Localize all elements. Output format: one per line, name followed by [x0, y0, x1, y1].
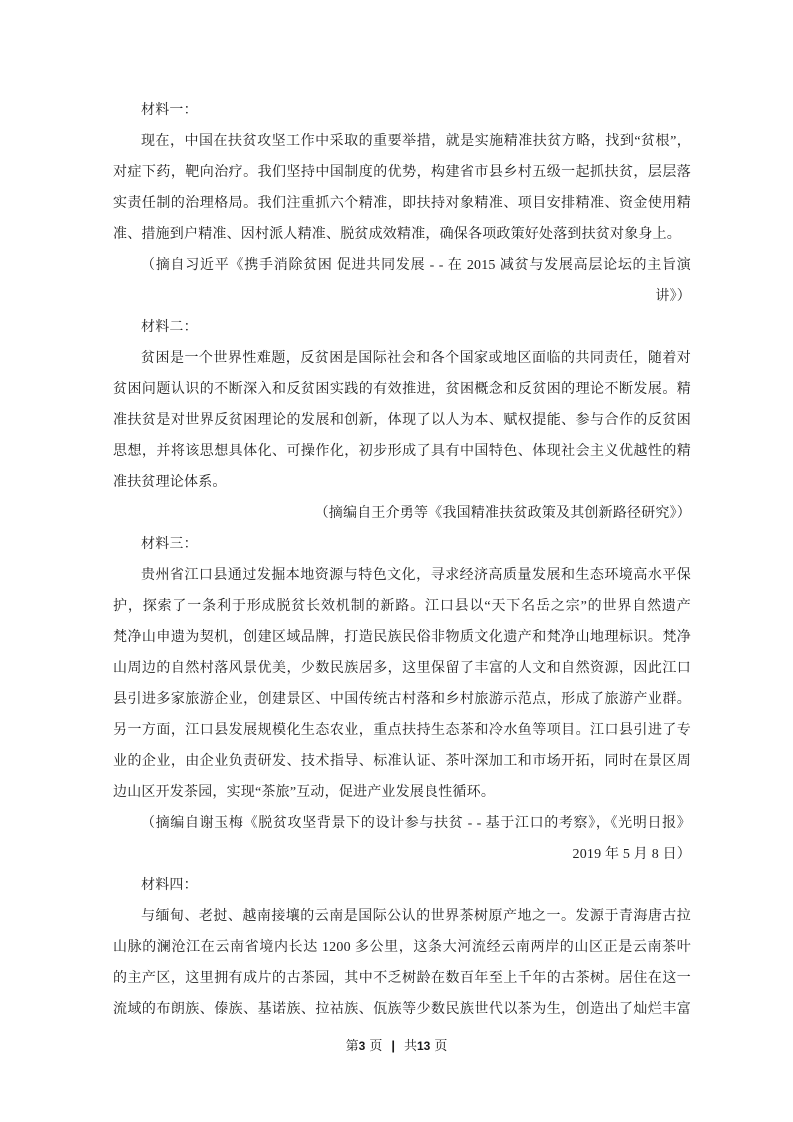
page-footer: 第3页|共13页: [0, 1036, 793, 1056]
material-2-heading: 材料二：: [113, 312, 691, 343]
material-4-heading: 材料四：: [113, 870, 691, 901]
material-3-paragraph: 贵州省江口县通过发掘本地资源与特色文化，寻求经济高质量发展和生态环境高水平保护，…: [113, 560, 691, 808]
text-line: 对症下药，靶向治疗。我们坚持中国制度的优势，构建省市县乡村五级一起抓扶贫，层层落: [113, 157, 691, 188]
text-line: 思想，并将该思想具体化、可操作化，初步形成了具有中国特色、体现社会主义优越性的精: [113, 436, 691, 467]
footer-separator: |: [391, 1038, 395, 1053]
text-line: 山周边的自然村落风景优美，少数民族居多，这里保留了丰富的人文和自然资源，因此江口: [113, 653, 691, 684]
text-line: 材料一：: [113, 95, 691, 126]
material-1-paragraph: 现在，中国在扶贫攻坚工作中采取的重要举措，就是实施精准扶贫方略，找到“贫根”，对…: [113, 126, 691, 250]
text-line: 县引进多家旅游企业，创建景区、中国传统古村落和乡村旅游示范点，形成了旅游产业群。: [113, 684, 691, 715]
text-line: 讲》）: [113, 281, 691, 312]
material-1-heading: 材料一：: [113, 95, 691, 126]
text-line: 流域的布朗族、傣族、基诺族、拉祜族、佤族等少数民族世代以茶为生，创造出了灿烂丰富: [113, 994, 691, 1025]
footer-page-unit: 页: [369, 1038, 382, 1053]
text-line: （摘编自谢玉梅《脱贫攻坚背景下的设计参与扶贫 - - 基于江口的考察》，《光明日…: [113, 808, 691, 839]
text-line: （摘自习近平《携手消除贫困 促进共同发展 - - 在 2015 减贫与发展高层论…: [113, 250, 691, 281]
text-line: 实责任制的治理格局。我们注重抓六个精准，即扶持对象精准、项目安排精准、资金使用精: [113, 188, 691, 219]
material-4-paragraph: 与缅甸、老挝、越南接壤的云南是国际公认的世界茶树原产地之一。发源于青海唐古拉山脉…: [113, 901, 691, 1025]
footer-current-page: 3: [359, 1039, 366, 1053]
text-line: 现在，中国在扶贫攻坚工作中采取的重要举措，就是实施精准扶贫方略，找到“贫根”，: [113, 126, 691, 157]
text-line: 贵州省江口县通过发掘本地资源与特色文化，寻求经济高质量发展和生态环境高水平保: [113, 560, 691, 591]
text-line: 梵净山申遗为契机，创建区域品牌，打造民族民俗非物质文化遗产和梵净山地理标识。梵净: [113, 622, 691, 653]
text-line: 业的企业，由企业负责研发、技术指导、标准认证、茶叶深加工和市场开拓，同时在景区周: [113, 746, 691, 777]
footer-page-prefix: 第: [346, 1038, 359, 1053]
document-body: 材料一：现在，中国在扶贫攻坚工作中采取的重要举措，就是实施精准扶贫方略，找到“贫…: [113, 95, 691, 1025]
text-line: 山脉的澜沧江在云南省境内长达 1200 多公里，这条大河流经云南两岸的山区正是云…: [113, 932, 691, 963]
text-line: 准、措施到户精准、因村派人精准、脱贫成效精准，确保各项政策好处落到扶贫对象身上。: [113, 219, 691, 250]
material-3-heading: 材料三：: [113, 529, 691, 560]
text-line: 贫困问题认识的不断深入和反贫困实践的有效推进，贫困概念和反贫困的理论不断发展。精: [113, 374, 691, 405]
text-line: 2019 年 5 月 8 日）: [113, 839, 691, 870]
text-line: 与缅甸、老挝、越南接壤的云南是国际公认的世界茶树原产地之一。发源于青海唐古拉: [113, 901, 691, 932]
text-line: 贫困是一个世界性难题，反贫困是国际社会和各个国家或地区面临的共同责任，随着对: [113, 343, 691, 374]
text-line: 材料二：: [113, 312, 691, 343]
material-2-paragraph: 贫困是一个世界性难题，反贫困是国际社会和各个国家或地区面临的共同责任，随着对贫困…: [113, 343, 691, 498]
text-line: 另一方面，江口县发展规模化生态农业，重点扶持生态茶和冷水鱼等项目。江口县引进了专: [113, 715, 691, 746]
text-line: 护，探索了一条利于形成脱贫长效机制的新路。江口县以“天下名岳之宗”的世界自然遗产: [113, 591, 691, 622]
footer-total-unit: 页: [434, 1038, 447, 1053]
text-line: 材料三：: [113, 529, 691, 560]
text-line: 材料四：: [113, 870, 691, 901]
footer-total-pages: 13: [417, 1039, 430, 1053]
text-line: （摘编自王介勇等《我国精准扶贫政策及其创新路径研究》）: [113, 498, 691, 529]
footer-total-prefix: 共: [404, 1038, 417, 1053]
material-3-citation: （摘编自谢玉梅《脱贫攻坚背景下的设计参与扶贫 - - 基于江口的考察》，《光明日…: [113, 808, 691, 870]
material-2-citation: （摘编自王介勇等《我国精准扶贫政策及其创新路径研究》）: [113, 498, 691, 529]
text-line: 的主产区，这里拥有成片的古茶园，其中不乏树龄在数百年至上千年的古茶树。居住在这一: [113, 963, 691, 994]
material-1-citation: （摘自习近平《携手消除贫困 促进共同发展 - - 在 2015 减贫与发展高层论…: [113, 250, 691, 312]
document-page: 材料一：现在，中国在扶贫攻坚工作中采取的重要举措，就是实施精准扶贫方略，找到“贫…: [0, 0, 793, 1122]
text-line: 准扶贫是对世界反贫困理论的发展和创新，体现了以人为本、赋权提能、参与合作的反贫困: [113, 405, 691, 436]
text-line: 边山区开发茶园，实现“茶旅”互动，促进产业发展良性循环。: [113, 777, 691, 808]
text-line: 准扶贫理论体系。: [113, 467, 691, 498]
